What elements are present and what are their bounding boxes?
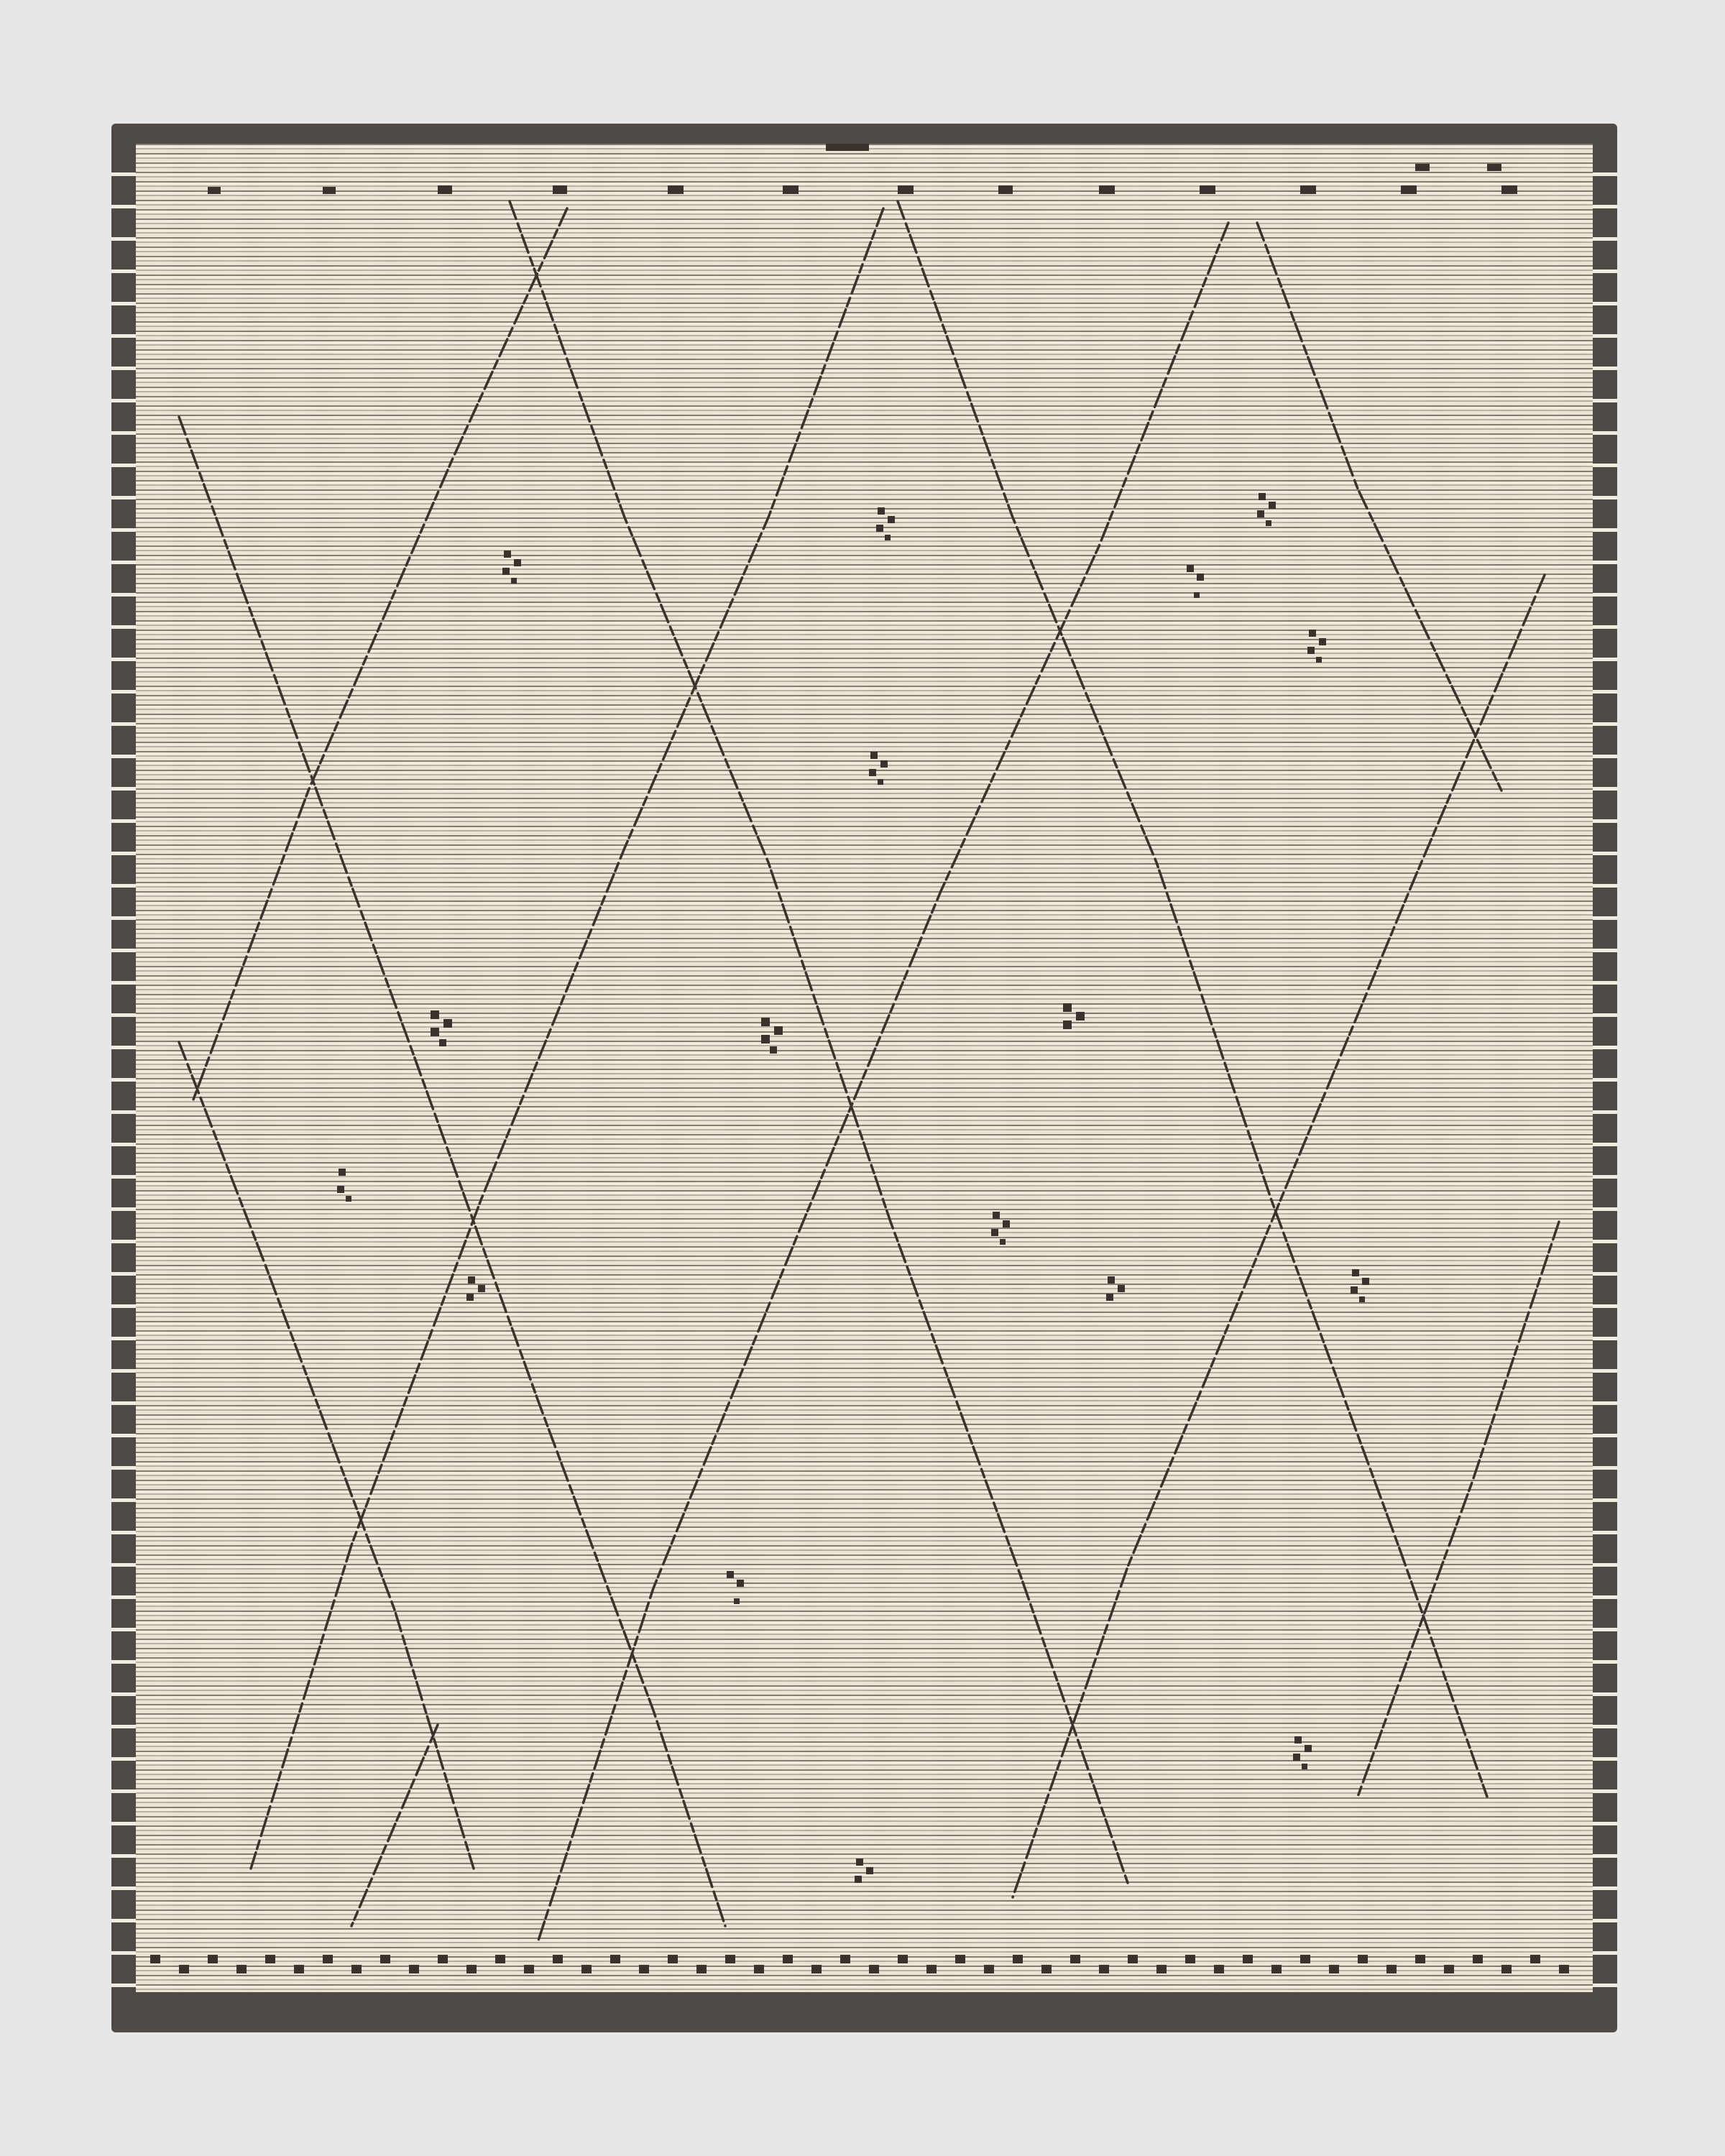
- dot-motifs: [337, 493, 1369, 1883]
- rug: [111, 124, 1617, 2032]
- band-motifs: [150, 144, 1569, 1973]
- rug-right-border-stripes: [1593, 144, 1617, 1992]
- diamond-lattice-pattern: [136, 144, 1593, 1992]
- rug-left-border-stripes: [111, 144, 136, 1992]
